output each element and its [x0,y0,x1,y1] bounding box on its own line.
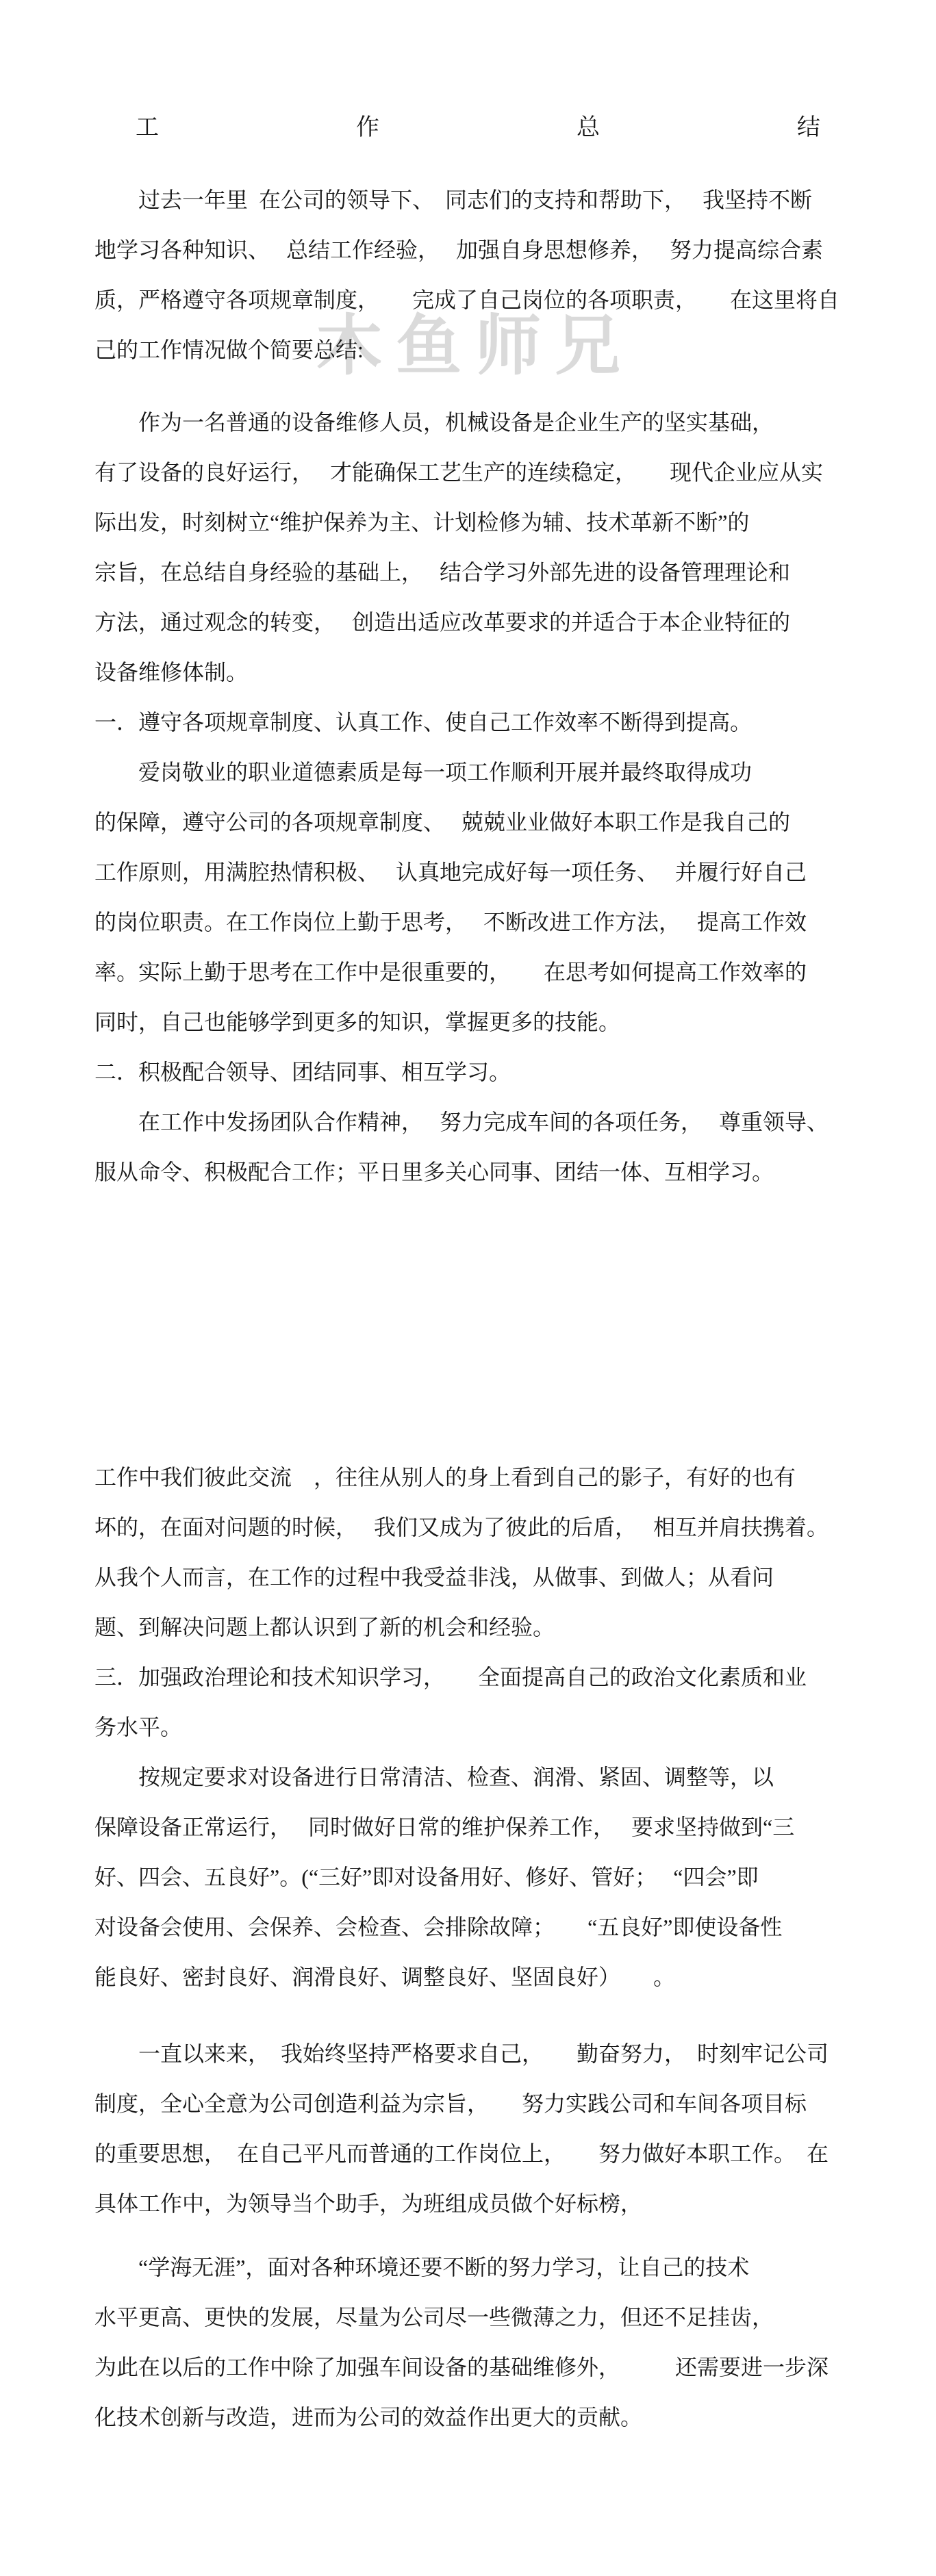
text-line: 坏的，在面对问题的时候， 我们又成为了彼此的后盾， 相互并肩扶携着。 [94,1503,822,1553]
paragraph: 过去一年里 在公司的领导下、 同志们的支持和帮助下， 我坚持不断 地学习各种知识… [94,175,822,375]
document-title: 工 作 总 结 [136,103,820,153]
paragraph: 工作中我们彼此交流 ，往往从别人的身上看到自己的影子，有好的也有 坏的，在面对问… [94,1453,822,1653]
text-line: 己的工作情况做个简要总结: [94,325,822,375]
document-content: 工 作 总 结 过去一年里 在公司的领导下、 同志们的支持和帮助下， 我坚持不断… [0,0,936,2443]
paragraph: 一直以来来， 我始终坚持严格要求自己， 勤奋努力， 时刻牢记公司 制度，全心全意… [94,2029,822,2229]
title-char: 工 [136,103,159,153]
text-line: 的重要思想， 在自己平凡而普通的工作岗位上， 努力做好本职工作。 在 [94,2129,822,2179]
text-line: 二．积极配合领导、团结同事、相互学习。 [94,1047,822,1097]
text-line: 宗旨，在总结自身经验的基础上， 结合学习外部先进的设备管理理论和 [94,548,822,598]
text-line: 有了设备的良好运行， 才能确保工艺生产的连续稳定， 现代企业应从实 [94,448,822,498]
paragraph: 爱岗敬业的职业道德素质是每一项工作顺利开展并最终取得成功 的保障，遵守公司的各项… [94,748,822,1047]
paragraph: 作为一名普通的设备维修人员，机械设备是企业生产的坚实基础， 有了设备的良好运行，… [94,398,822,698]
text-line: 一．遵守各项规章制度、认真工作、使自己工作效率不断得到提高。 [94,698,822,748]
text-line: 的保障，遵守公司的各项规章制度、 兢兢业业做好本职工作是我自己的 [94,798,822,847]
paragraph: 按规定要求对设备进行日常清洁、检查、润滑、紧固、调整等，以 保障设备正常运行， … [94,1752,822,2002]
text-line: 设备维修体制。 [94,648,822,698]
text-line: 从我个人而言，在工作的过程中我受益非浅，从做事、到做人；从看问 [94,1553,822,1603]
text-line: 题、到解决问题上都认识到了新的机会和经验。 [94,1603,822,1653]
text-line: 工作原则，用满腔热情积极、 认真地完成好每一项任务、 并履行好自己 [94,847,822,897]
text-line: 对设备会使用、会保养、会检查、会排除故障； “五良好”即使设备性 [94,1902,822,1952]
text-line: 好、四会、五良好”。(“三好”即对设备用好、修好、管好； “四会”即 [94,1852,822,1902]
title-char: 结 [797,103,820,153]
text-line: 过去一年里 在公司的领导下、 同志们的支持和帮助下， 我坚持不断 [94,175,822,225]
text-line: 能良好、密封良好、润滑良好、调整良好、坚固良好） 。 [94,1952,822,2002]
text-line: 爱岗敬业的职业道德素质是每一项工作顺利开展并最终取得成功 [94,748,822,798]
text-line: 制度，全心全意为公司创造利益为宗旨， 努力实践公司和车间各项目标 [94,2079,822,2129]
paragraph: “学海无涯”，面对各种环境还要不断的努力学习，让自己的技术 水平更高、更快的发展… [94,2243,822,2443]
title-char: 作 [356,103,379,153]
title-char: 总 [577,103,600,153]
text-line: 务水平。 [94,1703,822,1752]
paragraph: 在工作中发扬团队合作精神， 努力完成车间的各项任务， 尊重领导、 服从命令、积极… [94,1097,822,1197]
section-heading-2: 二．积极配合领导、团结同事、相互学习。 [94,1047,822,1097]
text-line: 工作中我们彼此交流 ，往往从别人的身上看到自己的影子，有好的也有 [94,1453,822,1503]
section-heading-3: 三．加强政治理论和技术知识学习， 全面提高自己的政治文化素质和业 务水平。 [94,1653,822,1752]
text-line: 化技术创新与改造，进而为公司的效益作出更大的贡献。 [94,2393,822,2443]
text-line: 际出发，时刻树立“维护保养为主、计划检修为辅、技术革新不断”的 [94,498,822,548]
text-line: 同时，自己也能够学到更多的知识，掌握更多的技能。 [94,997,822,1047]
text-line: 具体工作中，为领导当个助手，为班组成员做个好标榜， [94,2179,822,2229]
text-line: “学海无涯”，面对各种环境还要不断的努力学习，让自己的技术 [94,2243,822,2293]
text-line: 按规定要求对设备进行日常清洁、检查、润滑、紧固、调整等，以 [94,1752,822,1802]
text-line: 在工作中发扬团队合作精神， 努力完成车间的各项任务， 尊重领导、 [94,1097,822,1147]
text-line: 服从命令、积极配合工作；平日里多关心同事、团结一体、互相学习。 [94,1147,822,1197]
text-line: 水平更高、更快的发展，尽量为公司尽一些微薄之力，但还不足挂齿， [94,2293,822,2343]
text-line: 三．加强政治理论和技术知识学习， 全面提高自己的政治文化素质和业 [94,1653,822,1703]
text-line: 保障设备正常运行， 同时做好日常的维护保养工作， 要求坚持做到“三 [94,1802,822,1852]
text-line: 地学习各种知识、 总结工作经验， 加强自身思想修养， 努力提高综合素 [94,225,822,275]
text-line: 作为一名普通的设备维修人员，机械设备是企业生产的坚实基础， [94,398,822,448]
text-line: 一直以来来， 我始终坚持严格要求自己， 勤奋努力， 时刻牢记公司 [94,2029,822,2079]
text-line: 率。实际上勤于思考在工作中是很重要的， 在思考如何提高工作效率的 [94,947,822,997]
text-line: 为此在以后的工作中除了加强车间设备的基础维修外， 还需要进一步深 [94,2343,822,2393]
text-line: 的岗位职责。在工作岗位上勤于思考， 不断改进工作方法， 提高工作效 [94,897,822,947]
document-page: 木鱼师兄 工 作 总 结 过去一年里 在公司的领导下、 同志们的支持和帮助下， … [0,0,936,2576]
text-line: 方法，通过观念的转变， 创造出适应改革要求的并适合于本企业特征的 [94,598,822,648]
text-line: 质，严格遵守各项规章制度， 完成了自己岗位的各项职责， 在这里将自 [94,275,822,325]
section-heading-1: 一．遵守各项规章制度、认真工作、使自己工作效率不断得到提高。 [94,698,822,748]
